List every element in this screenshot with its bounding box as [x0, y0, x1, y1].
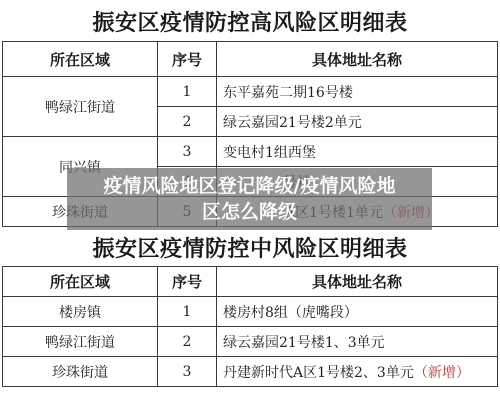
address-cell: 变电村1组西堡: [217, 137, 498, 167]
new-tag: （新增）: [414, 365, 470, 381]
high-risk-table-title: 振安区疫情防控高风险区明细表: [0, 6, 500, 37]
address-cell: 东平嘉苑二期16号楼: [217, 77, 498, 107]
table-row: 鸭绿江街道 1 东平嘉苑二期16号楼: [3, 77, 498, 107]
table-row: 鸭绿江街道 2 绿云嘉园21号楼1、3单元: [3, 327, 498, 357]
address-text: 绿云嘉园21号楼2单元: [223, 115, 362, 131]
area-cell: 鸭绿江街道: [3, 77, 158, 137]
number-cell: 3: [158, 137, 217, 167]
table-row: 珍珠街道 3 丹建新时代A区1号楼2、3单元（新增）: [3, 357, 498, 387]
number-cell: 1: [158, 77, 217, 107]
table-header-row: 所在区域 序号 具体地址名称: [3, 42, 498, 77]
address-text: 东平嘉苑二期16号楼: [223, 85, 353, 101]
table-row: 同兴镇 3 变电村1组西堡: [3, 137, 498, 167]
header-address: 具体地址名称: [217, 267, 498, 297]
medium-risk-table: 所在区域 序号 具体地址名称 楼房镇 1 楼房村8组（虎嘴段） 鸭绿江街道 2 …: [2, 266, 498, 387]
header-area: 所在区域: [3, 42, 158, 77]
header-number: 序号: [158, 267, 217, 297]
medium-risk-table-title: 振安区疫情防控中风险区明细表: [0, 232, 500, 263]
number-cell: 1: [158, 297, 217, 327]
headline-overlay: 疫情风险地区登记降级/疫情风险地 区怎么降级: [67, 168, 432, 230]
area-cell: 珍珠街道: [3, 357, 158, 387]
address-text: 丹建新时代A区1号楼2、3单元: [223, 365, 414, 381]
header-number: 序号: [158, 42, 217, 77]
table-header-row: 所在区域 序号 具体地址名称: [3, 267, 498, 297]
table-row: 楼房镇 1 楼房村8组（虎嘴段）: [3, 297, 498, 327]
address-text: 楼房村8组（虎嘴段）: [223, 305, 358, 321]
address-text: 绿云嘉园21号楼1、3单元: [223, 335, 385, 351]
address-text: 变电村1组西堡: [223, 145, 316, 161]
address-cell: 绿云嘉园21号楼1、3单元: [217, 327, 498, 357]
number-cell: 2: [158, 107, 217, 137]
number-cell: 2: [158, 327, 217, 357]
area-cell: 鸭绿江街道: [3, 327, 158, 357]
address-cell: 丹建新时代A区1号楼2、3单元（新增）: [217, 357, 498, 387]
address-cell: 绿云嘉园21号楼2单元: [217, 107, 498, 137]
headline-line-1: 疫情风险地区登记降级/疫情风险地: [67, 173, 432, 199]
number-cell: 3: [158, 357, 217, 387]
headline-line-2: 区怎么降级: [67, 199, 432, 225]
header-address: 具体地址名称: [217, 42, 498, 77]
address-cell: 楼房村8组（虎嘴段）: [217, 297, 498, 327]
header-area: 所在区域: [3, 267, 158, 297]
area-cell: 楼房镇: [3, 297, 158, 327]
